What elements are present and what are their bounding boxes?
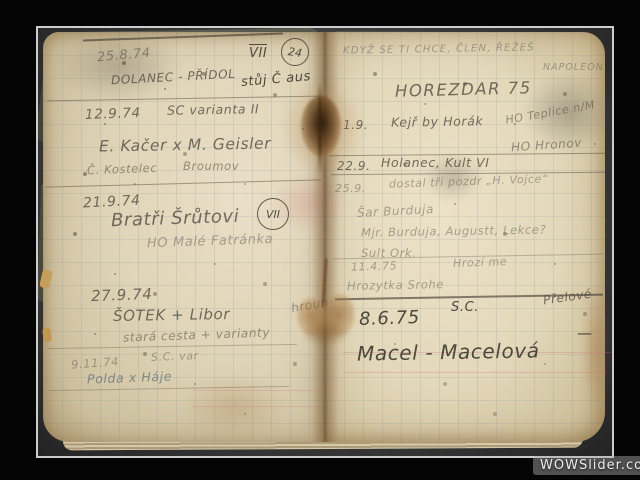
entry-date: 27.9.74 [91, 285, 153, 305]
entry-text: S.C. var [151, 349, 199, 364]
plant-smudge [303, 320, 349, 346]
entry-text: Kejř by Horák [391, 113, 483, 130]
entry-text: Hrozí me [453, 255, 508, 270]
entry-text: Hrozytka Srohe [347, 277, 444, 293]
motto-signature: NAPOLEON [543, 62, 604, 73]
slider-stage: 25.8.74 VII 24 DOLANEC - PŘÍDOL stůj Č a… [0, 0, 640, 480]
pink-rule [193, 406, 321, 407]
entry-dash: — [577, 324, 593, 342]
circled-grade: VII [257, 198, 289, 230]
grade-roman: VII [249, 44, 267, 61]
entry-text: Broumov [183, 159, 239, 173]
page-title: HOREZDAR 75 [395, 78, 532, 101]
speckles [43, 32, 45, 34]
entry-text: S.C. [451, 300, 479, 315]
wowslider-watermark-link[interactable]: WOWSlider.com [533, 456, 640, 475]
entry-text: Č. Kostelec [87, 161, 158, 177]
entry-date: 8.6.75 [359, 307, 421, 330]
entry-text: Polda x Háje [87, 369, 173, 387]
entry-text: Macel - Macelová [357, 338, 540, 365]
entry-text: E. Kačer x M. Geisler [99, 134, 271, 155]
entry-text: SC varianta II [167, 101, 259, 118]
entry-date: 25.9. [335, 182, 366, 195]
burn-mark [301, 96, 341, 156]
entry-text: Sult Ork. [361, 246, 416, 260]
entry-text: ŠOTEK + Libor [113, 305, 230, 325]
pressed-plant-stain [293, 264, 357, 348]
entry-date: 11.4.75 [351, 259, 398, 274]
pink-rule [193, 390, 323, 391]
entry-text: Holanec, Kult VI [381, 155, 490, 170]
photo-frame: 25.8.74 VII 24 DOLANEC - PŘÍDOL stůj Č a… [36, 26, 614, 458]
entry-date: 12.9.74 [85, 105, 141, 123]
notebook-photo: 25.8.74 VII 24 DOLANEC - PŘÍDOL stůj Č a… [43, 32, 605, 442]
entry-text: Bratři Šrůtovi [111, 206, 240, 231]
pink-rule [343, 372, 607, 373]
